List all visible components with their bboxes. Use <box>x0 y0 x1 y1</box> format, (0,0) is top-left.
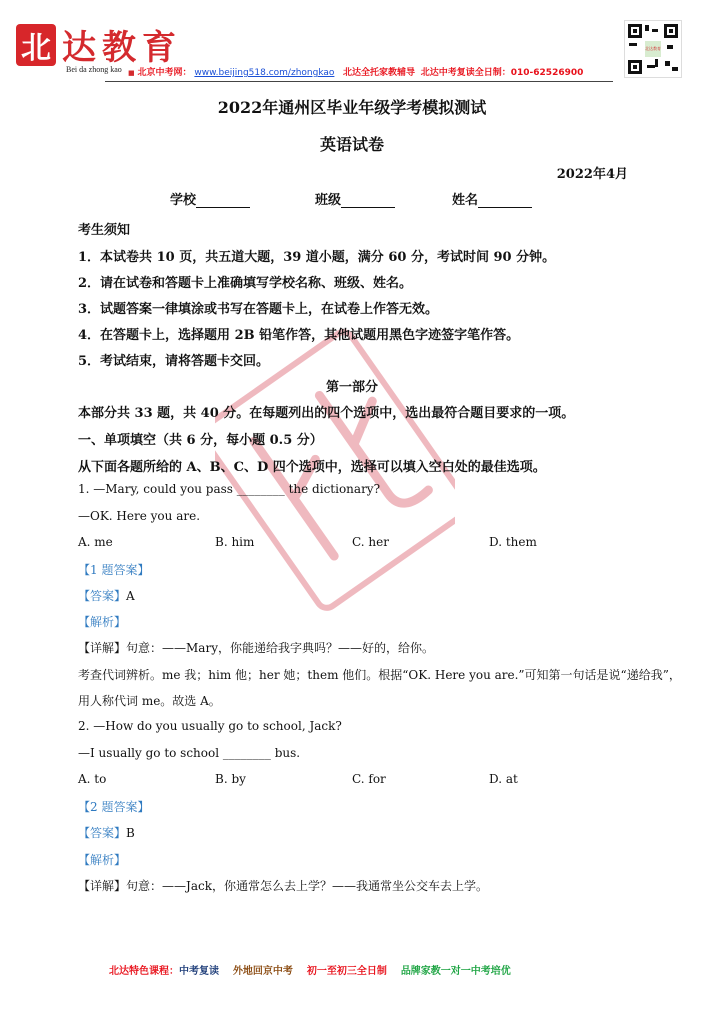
option-d: D. at <box>489 772 518 786</box>
field-school: 学校 <box>170 189 250 208</box>
detail-label: 【详解】 <box>78 879 126 893</box>
question-2-line1: 2. —How do you usually go to school, Jac… <box>78 719 342 733</box>
answer-line: 【答案】B <box>78 824 135 841</box>
notice-heading: 考生须知 <box>78 219 130 238</box>
field-class-blank[interactable] <box>341 195 395 208</box>
exam-title: 2022年通州区毕业年级学考模拟测试 <box>0 95 704 118</box>
square-bullet-icon: ■ <box>128 69 135 77</box>
detail-text: 句意：——Jack，你通常怎么去上学？——我通常坐公交车去上学。 <box>126 879 488 893</box>
qr-center-logo: 北达教育 <box>645 41 661 57</box>
detail-text: 句意：——Mary，你能递给我字典吗？——好的，给你。 <box>126 641 434 655</box>
logo-text: 达教育 <box>62 20 182 69</box>
exam-subtitle: 英语试卷 <box>0 132 704 155</box>
field-name: 姓名 <box>452 189 532 208</box>
option-b: B. him <box>215 535 254 549</box>
option-c: C. for <box>352 772 386 786</box>
answer-label: 【答案】 <box>78 589 126 603</box>
analysis-label: 【解析】 <box>78 851 126 868</box>
detail-label: 【详解】 <box>78 641 126 655</box>
promo-tutoring: 北达全托家教辅导 <box>343 68 415 78</box>
analysis-label: 【解析】 <box>78 613 126 630</box>
question-1-line2: —OK. Here you are. <box>78 509 200 523</box>
footer-course: 外地回京中考 <box>233 966 293 977</box>
answer-value: B <box>126 826 135 840</box>
answer-line: 【答案】A <box>78 587 135 604</box>
answer-header: 【1 题答案】 <box>78 561 149 578</box>
question-1-line1: 1. —Mary, could you pass ________ the di… <box>78 482 380 496</box>
section-title: 一、单项填空（共 6 分，每小题 0.5 分） <box>78 429 323 448</box>
part-intro: 本部分共 33 题，共 40 分。在每题列出的四个选项中，选出最符合题目要求的一… <box>78 402 574 421</box>
answer-label: 【答案】 <box>78 826 126 840</box>
phone-number: 010-62526900 <box>511 68 584 78</box>
explanation-line: 考查代词辨析。me 我；him 他；her 她；them 他们。根据“OK. H… <box>78 666 681 683</box>
notice-item: 2．请在试卷和答题卡上准确填写学校名称、班级、姓名。 <box>78 272 412 291</box>
notice-item: 4．在答题卡上，选择题用 2B 铅笔作答，其他试题用黑色字迹签字笔作答。 <box>78 324 519 343</box>
field-school-blank[interactable] <box>196 195 250 208</box>
question-2-line2: —I usually go to school ________ bus. <box>78 746 300 760</box>
field-name-label: 姓名 <box>452 193 478 208</box>
field-name-blank[interactable] <box>478 195 532 208</box>
exam-date: 2022年4月 <box>557 163 628 182</box>
logo-subtitle: Bei da zhong kao <box>66 65 122 74</box>
qr-code-icon: 北达教育 <box>624 20 682 78</box>
footer-course: 品牌家教一对一中考培优 <box>401 966 511 977</box>
option-a: A. to <box>78 772 106 786</box>
field-class: 班级 <box>315 189 395 208</box>
promo-repeat: 北达中考复读全日制： <box>421 68 511 78</box>
footer-course: 中考复读 <box>179 966 219 977</box>
detail-line: 【详解】句意：——Jack，你通常怎么去上学？——我通常坐公交车去上学。 <box>78 877 488 894</box>
section-instruction: 从下面各题所给的 A、B、C、D 四个选项中，选择可以填入空白处的最佳选项。 <box>78 456 546 475</box>
option-a: A. me <box>78 535 113 549</box>
footer-course: 初一至初三全日制 <box>307 966 387 977</box>
detail-line: 【详解】句意：——Mary，你能递给我字典吗？——好的，给你。 <box>78 639 434 656</box>
answer-value: A <box>126 589 135 603</box>
notice-item: 5．考试结束，请将答题卡交回。 <box>78 350 269 369</box>
notice-item: 1．本试卷共 10 页，共五道大题，39 道小题，满分 60 分，考试时间 90… <box>78 246 555 265</box>
footer-courses: 北达特色课程：中考复读 外地回京中考 初一至初三全日制 品牌家教一对一中考培优 <box>109 962 511 977</box>
explanation-line: 用人称代词 me。故选 A。 <box>78 692 221 709</box>
option-c: C. her <box>352 535 389 549</box>
header-divider <box>105 81 613 82</box>
header-info-line: ■ 北京中考网： www.beijing518.com/zhongkao 北达全… <box>128 65 583 78</box>
answer-header: 【2 题答案】 <box>78 798 149 815</box>
site-label: 北京中考网： <box>138 68 192 78</box>
notice-item: 3．试题答案一律填涂或书写在答题卡上，在试卷上作答无效。 <box>78 298 438 317</box>
footer-label: 北达特色课程： <box>109 966 179 977</box>
site-link[interactable]: www.beijing518.com/zhongkao <box>194 68 334 78</box>
logo-mark: 北 <box>16 24 56 66</box>
option-d: D. them <box>489 535 537 549</box>
part-heading: 第一部分 <box>0 376 704 395</box>
field-class-label: 班级 <box>315 193 341 208</box>
field-school-label: 学校 <box>170 193 196 208</box>
option-b: B. by <box>215 772 246 786</box>
